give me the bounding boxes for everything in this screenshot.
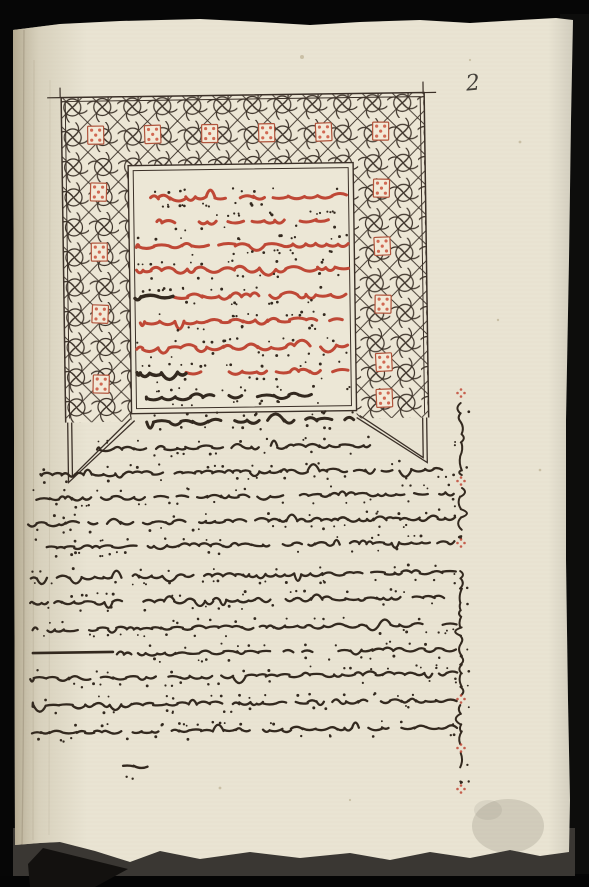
red-dotted-square xyxy=(373,179,389,197)
red-dotted-square xyxy=(373,122,389,140)
red-dotted-square xyxy=(88,126,104,144)
red-dotted-square xyxy=(91,243,107,261)
page-number: 2 xyxy=(464,70,481,96)
manuscript-scan: 2 xyxy=(0,0,589,887)
red-dotted-square xyxy=(375,353,392,372)
red-dotted-square xyxy=(374,237,391,256)
red-dotted-square xyxy=(144,125,161,144)
smudge-stain-2 xyxy=(474,800,502,820)
red-dotted-square xyxy=(375,295,391,313)
red-dotted-square xyxy=(90,183,106,201)
red-dotted-square xyxy=(93,375,109,393)
red-dotted-square xyxy=(92,305,109,324)
red-dotted-square xyxy=(202,124,218,142)
red-dotted-square xyxy=(258,124,274,142)
red-dotted-square xyxy=(376,389,393,408)
red-dotted-square xyxy=(315,123,332,142)
manuscript-svg: 2 xyxy=(0,0,589,887)
